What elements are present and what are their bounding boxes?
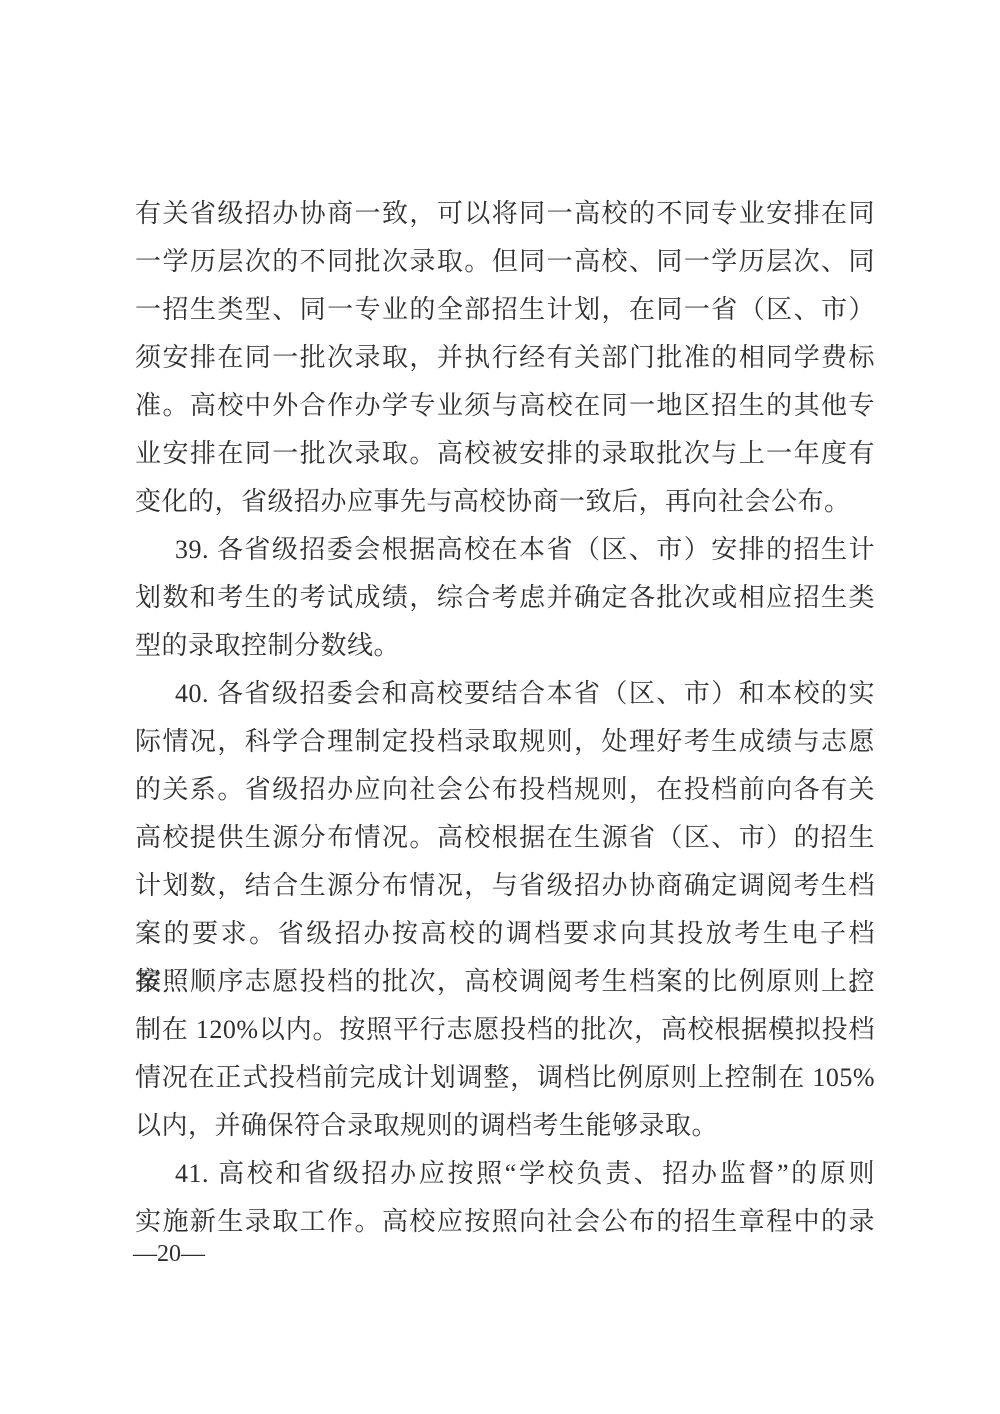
text-line: 高校提供生源分布情况。高校根据在生源省（区、市）的招生 — [135, 814, 875, 862]
page-number: —20— — [133, 1238, 205, 1270]
text-line: 变化的，省级招办应事先与高校协商一致后，再向社会公布。 — [135, 478, 875, 526]
text-line: 以内，并确保符合录取规则的调档考生能够录取。 — [135, 1102, 875, 1150]
text-line: 有关省级招办协商一致，可以将同一高校的不同专业安排在同 — [135, 190, 875, 238]
text-line: 的关系。省级招办应向社会公布投档规则，在投档前向各有关 — [135, 766, 875, 814]
document-page: 有关省级招办协商一致，可以将同一高校的不同专业安排在同一学历层次的不同批次录取。… — [0, 0, 1000, 1414]
text-line: 39. 各省级招委会根据高校在本省（区、市）安排的招生计 — [135, 526, 875, 574]
text-line: 划数和考生的考试成绩，综合考虑并确定各批次或相应招生类 — [135, 574, 875, 622]
text-line: 实施新生录取工作。高校应按照向社会公布的招生章程中的录 — [135, 1198, 875, 1246]
text-line: 情况在正式投档前完成计划调整，调档比例原则上控制在 105% — [135, 1054, 875, 1102]
text-line: 按照顺序志愿投档的批次，高校调阅考生档案的比例原则上控 — [135, 958, 875, 1006]
text-line: 制在 120%以内。按照平行志愿投档的批次，高校根据模拟投档 — [135, 1006, 875, 1054]
text-line: 业安排在同一批次录取。高校被安排的录取批次与上一年度有 — [135, 430, 875, 478]
text-line: 案的要求。省级招办按高校的调档要求向其投放考生电子档案。 — [135, 910, 875, 958]
text-line: 际情况，科学合理制定投档录取规则，处理好考生成绩与志愿 — [135, 718, 875, 766]
text-line: 须安排在同一批次录取，并执行经有关部门批准的相同学费标 — [135, 334, 875, 382]
text-line: 40. 各省级招委会和高校要结合本省（区、市）和本校的实 — [135, 670, 875, 718]
text-line: 型的录取控制分数线。 — [135, 622, 875, 670]
text-line: 计划数，结合生源分布情况，与省级招办协商确定调阅考生档 — [135, 862, 875, 910]
document-body: 有关省级招办协商一致，可以将同一高校的不同专业安排在同一学历层次的不同批次录取。… — [135, 190, 875, 1246]
text-line: 41. 高校和省级招办应按照“学校负责、招办监督”的原则 — [135, 1150, 875, 1198]
text-line: 一招生类型、同一专业的全部招生计划，在同一省（区、市） — [135, 286, 875, 334]
text-line: 一学历层次的不同批次录取。但同一高校、同一学历层次、同 — [135, 238, 875, 286]
text-line: 准。高校中外合作办学专业须与高校在同一地区招生的其他专 — [135, 382, 875, 430]
